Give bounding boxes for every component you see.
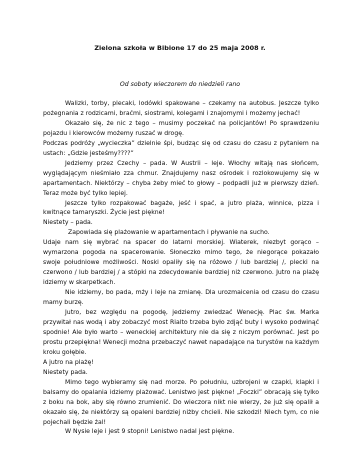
paragraph: Niestety – pada. xyxy=(43,218,319,228)
paragraph: Jedziemy przez Czechy – pada. W Austrii … xyxy=(43,159,319,199)
paragraph: A jutro na plażę! xyxy=(43,358,319,368)
paragraph: Zapowiada się plażowanie w apartamentach… xyxy=(43,228,319,238)
paragraph: Nie idziemy, bo pada, mży i leje na zmia… xyxy=(43,288,319,308)
document-body: Walizki, torby, plecaki, lodówki spakowa… xyxy=(43,99,319,437)
paragraph: Okazało się, że nic z tego – musimy pocz… xyxy=(43,119,319,139)
paragraph: Mimo tego wybieramy się nad morze. Po po… xyxy=(43,378,319,428)
paragraph: Niestety pada. xyxy=(43,368,319,378)
paragraph: Jeszcze tylko rozpakować bagaże, jeść i … xyxy=(43,199,319,219)
paragraph: Udaje nam się wybrać na spacer do latarn… xyxy=(43,238,319,288)
document-subtitle: Od soboty wieczorem do niedzieli rano xyxy=(0,81,360,88)
paragraph: Jutro, bez względu na pogodę, jedziemy z… xyxy=(43,308,319,358)
paragraph: Walizki, torby, plecaki, lodówki spakowa… xyxy=(43,99,319,119)
paragraph: W Nysie leje i jest 9 stopni! Lenistwo n… xyxy=(43,427,319,437)
paragraph: Podczas podróży „wycieczka” dzielnie śpi… xyxy=(43,139,319,159)
document-title: Zielona szkoła w Bibione 17 do 25 maja 2… xyxy=(0,44,360,52)
document-page: Zielona szkoła w Bibione 17 do 25 maja 2… xyxy=(0,0,360,466)
